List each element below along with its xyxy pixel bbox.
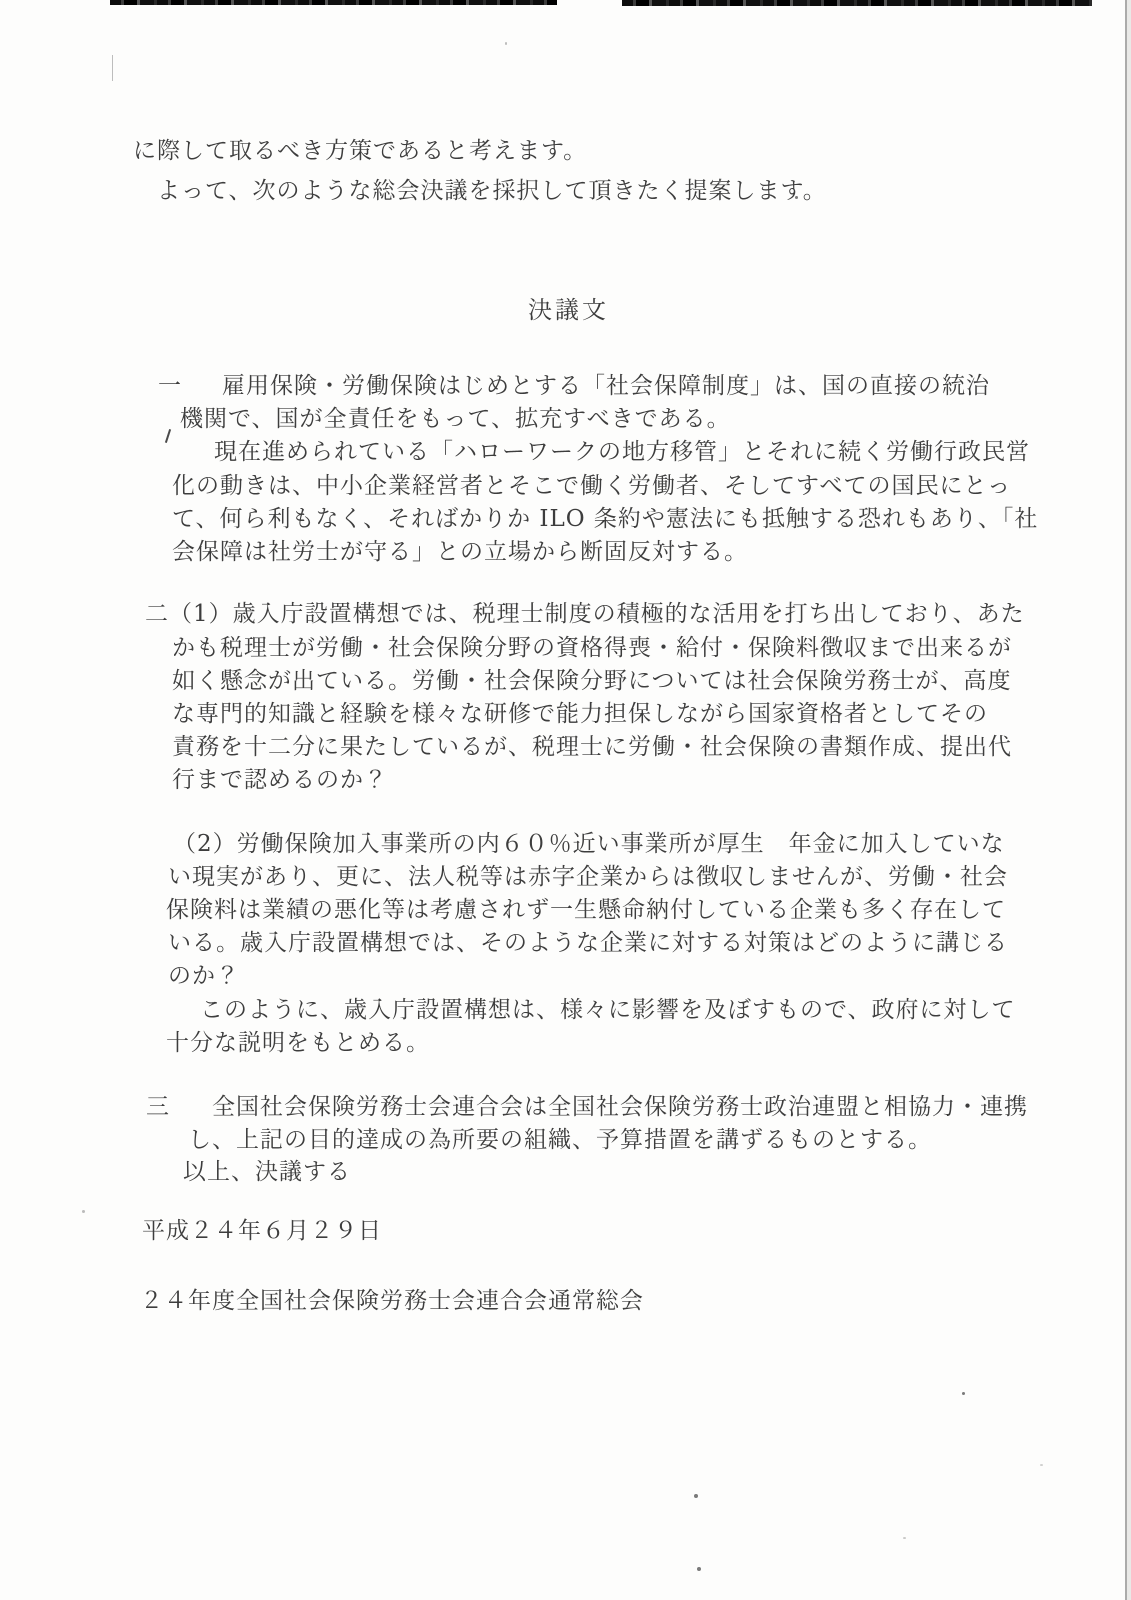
section2-item2-line3: 保険料は業績の悪化等は考慮されず一生懸命納付している企業も多く存在して — [166, 895, 1006, 925]
dust-speck — [694, 1494, 698, 1498]
stray-mark — [165, 429, 171, 443]
section1-para1-line1: 雇用保険・労働保険はじめとする「社会保障制度」は、国の直接の統治 — [222, 371, 990, 401]
intro-line-2: よって、次のような総会決議を採択して頂きたく提案します。 — [157, 176, 827, 206]
dust-speck — [903, 1537, 906, 1539]
section1-para2-line2: 化の動きは、中小企業経営者とそこで働く労働者、そしてすべての国民にとっ — [172, 471, 1011, 501]
section2-item1-line5: 責務を十二分に果たしているが、税理士に労働・社会保険の書類作成、提出代 — [172, 732, 1012, 762]
section2-item2-line4: いる。歳入庁設置構想では、そのような企業に対する対策はどのように講じる — [168, 928, 1008, 958]
section1-para2-line1: 現在進められている「ハローワークの地方移管」とそれに続く労働行政民営 — [214, 437, 1030, 467]
scanned-document-page: に際して取るべき方策であると考えます。 よって、次のような総会決議を採択して頂き… — [0, 0, 1131, 1600]
section2-item2-line5: のか？ — [168, 961, 240, 991]
section2-item1-line2: かも税理士が労働・社会保険分野の資格得喪・給付・保険料徴収まで出来るが — [172, 633, 1012, 663]
section2-item1-line3: 如く懸念が出ている。労働・社会保険分野については社会保険労務士が、高度 — [172, 666, 1012, 696]
dust-speck — [505, 42, 507, 45]
section1-para1-line2: 機関で、国が全責任をもって、拡充すべきである。 — [180, 404, 731, 434]
section3-marker: 三 — [146, 1092, 170, 1122]
dust-speck — [697, 1567, 701, 1571]
section3-line1: 全国社会保険労務士会連合会は全国社会保険労務士政治連盟と相協力・連携 — [212, 1092, 1028, 1122]
section1-para2-line4: 会保障は社労士が守る」との立場から断固反対する。 — [172, 537, 748, 567]
document-footer: ２４年度全国社会保険労務士会連合会通常総会 — [140, 1286, 644, 1316]
section1-marker: 一 — [158, 371, 182, 401]
section3-line3: 以上、決議する — [183, 1157, 351, 1187]
intro-line-1: に際して取るべき方策であると考えます。 — [133, 136, 587, 166]
section2-item1-line6: 行まで認めるのか？ — [172, 765, 388, 795]
section2-item1-line4: な専門的知識と経験を様々な研修で能力担保しながら国家資格者としてその — [172, 699, 988, 729]
section2-item2-line1: （2）労働保険加入事業所の内６０％近い事業所が厚生 年金に加入していな — [173, 829, 1005, 859]
scratch-mark — [112, 55, 113, 81]
section2-item2-line2: い現実があり、更に、法人税等は赤字企業からは徴収しませんが、労働・社会 — [168, 862, 1008, 892]
dust-speck — [82, 1210, 85, 1213]
document-title: 決議文 — [528, 295, 609, 325]
document-date: 平成２４年６月２９日 — [142, 1216, 382, 1246]
scan-artifact-band-left — [110, 0, 557, 5]
dust-speck — [962, 1392, 965, 1395]
section3-line2: し、上記の目的達成の為所要の組織、予算措置を講ずるものとする。 — [188, 1125, 932, 1155]
dust-speck — [1040, 1464, 1043, 1466]
scan-edge-shade — [1127, 0, 1131, 1600]
scan-edge-line — [1125, 0, 1127, 1600]
section2-item2-line6: このように、歳入庁設置構想は、様々に影響を及ぼすもので、政府に対して — [200, 995, 1016, 1025]
section1-para2-line3: て、何ら利もなく、そればかりか ILO 条約や憲法にも抵触する恐れもあり、「社 — [172, 504, 1038, 534]
section2-item2-line7: 十分な説明をもとめる。 — [166, 1028, 430, 1058]
scan-artifact-band-right — [622, 0, 1092, 6]
section2-item1-line1: （1）歳入庁設置構想では、税理士制度の積極的な活用を打ち出しており、あた — [169, 599, 1025, 629]
section2-marker: 二 — [145, 599, 169, 629]
